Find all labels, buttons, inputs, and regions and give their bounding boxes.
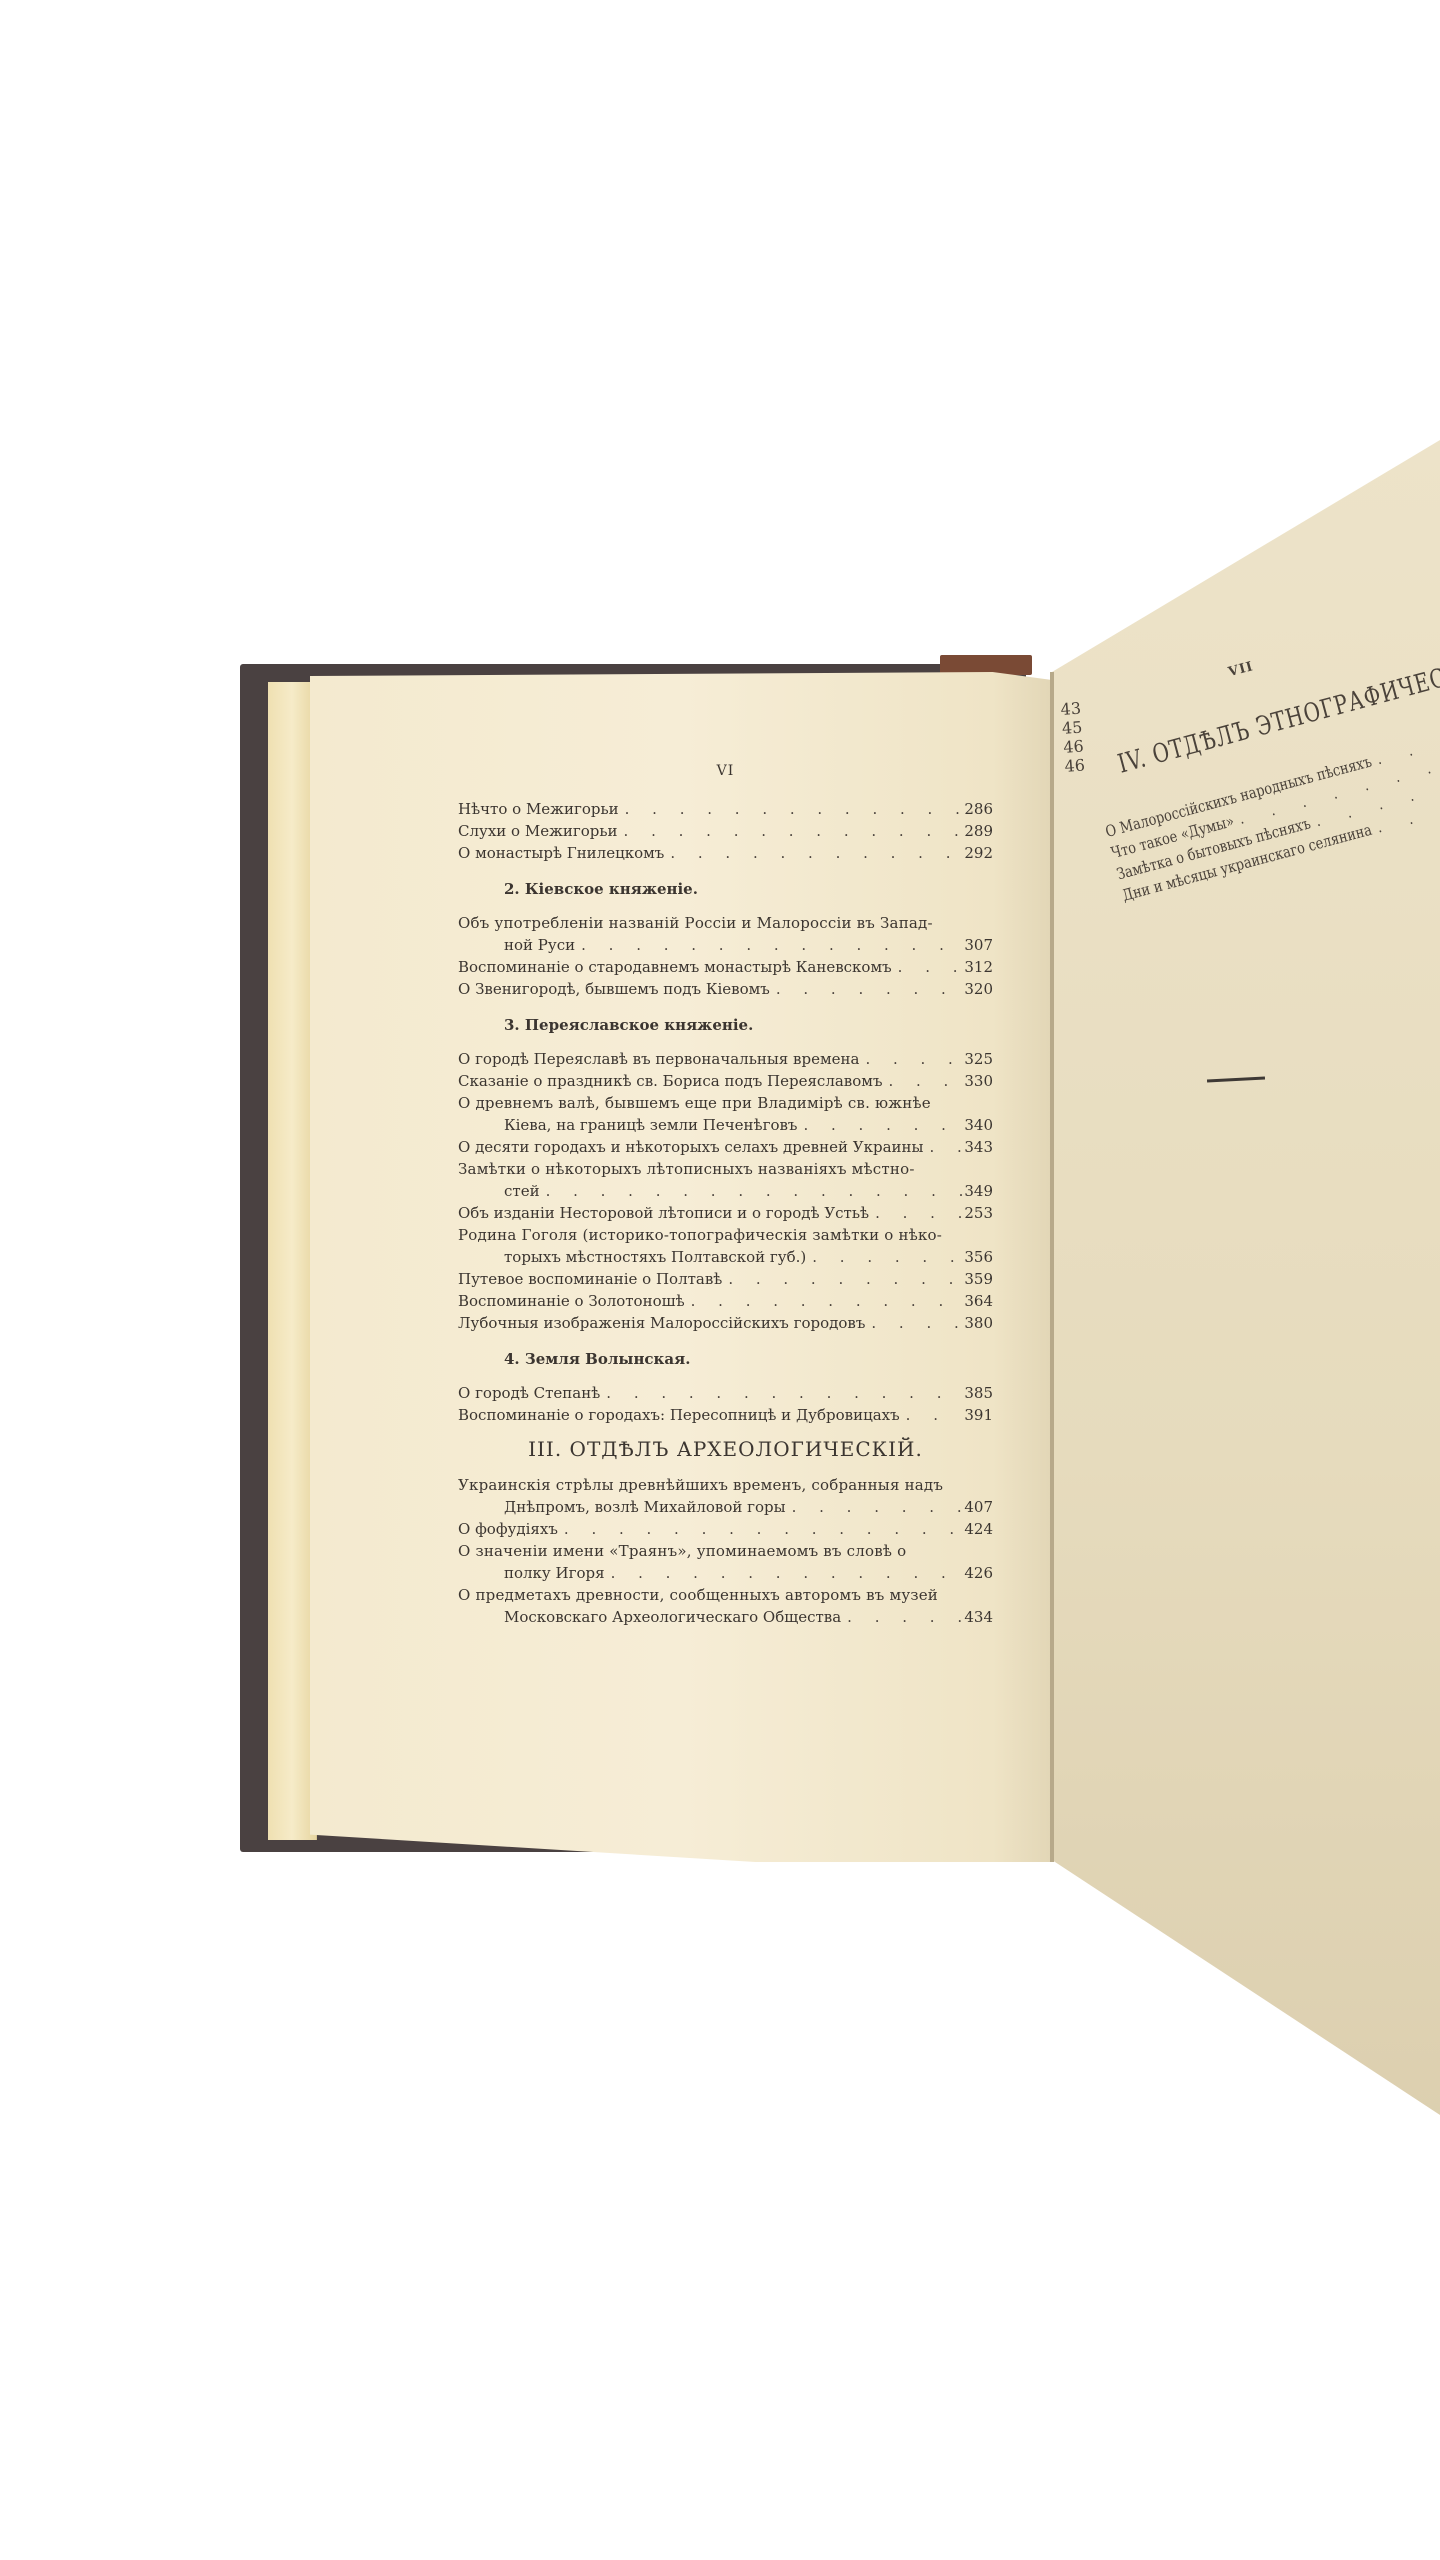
toc-entry: Объ изданіи Несторовой лѣтописи и о горо… — [458, 1202, 993, 1224]
toc-entry: стей349 — [458, 1180, 993, 1202]
toc-entry: Воспоминаніе о городахъ: Пересопницѣ и Д… — [458, 1404, 993, 1426]
toc-entry: Кіева, на границѣ земли Печенѣговъ340 — [458, 1114, 993, 1136]
toc-entry: О Звенигородѣ, бывшемъ подъ Кіевомъ320 — [458, 978, 993, 1000]
toc-entry: Нѣчто о Межигорьи286 — [458, 798, 993, 820]
book-headband — [940, 655, 1032, 675]
toc-entry: Воспоминаніе о стародавнемъ монастырѣ Ка… — [458, 956, 993, 978]
toc-entry-line1: О древнемъ валѣ, бывшемъ еще при Владимі… — [458, 1092, 993, 1114]
toc-entry: Московскаго Археологическаго Общества434 — [458, 1606, 993, 1628]
toc-entry-line1: Родина Гоголя (историко-топографическія … — [458, 1224, 993, 1246]
toc-entry: О городѣ Переяславѣ въ первоначальныя вр… — [458, 1048, 993, 1070]
toc-entry: О десяти городахъ и нѣкоторыхъ селахъ др… — [458, 1136, 993, 1158]
toc-entry: Днѣпромъ, возлѣ Михайловой горы407 — [458, 1496, 993, 1518]
toc-entry: Лубочныя изображенія Малороссійскихъ гор… — [458, 1312, 993, 1334]
toc-entry-line1: Объ употребленіи названій Россіи и Малор… — [458, 912, 993, 934]
toc-entry: О монастырѣ Гнилецкомъ292 — [458, 842, 993, 864]
toc-entry: Сказаніе о праздникѣ св. Бориса подъ Пер… — [458, 1070, 993, 1092]
toc-entry: Воспоминаніе о Золотоношѣ364 — [458, 1290, 993, 1312]
section-heading: III. ОТДѢЛЪ АРХЕОЛОГИЧЕСКІЙ. — [458, 1438, 993, 1460]
page-folio-left: VI — [458, 760, 993, 782]
toc-entry: Путевое воспоминаніе о Полтавѣ359 — [458, 1268, 993, 1290]
toc-entry: торыхъ мѣстностяхъ Полтавской губ.)356 — [458, 1246, 993, 1268]
toc-entry: полку Игоря426 — [458, 1562, 993, 1584]
toc-entry-line1: О предметахъ древности, сообщенныхъ авто… — [458, 1584, 993, 1606]
book-gutter — [1050, 672, 1054, 1862]
subsection-heading: 3. Переяславское княженіе. — [458, 1014, 993, 1036]
book-photo-scene: VI Нѣчто о Межигорьи286 Слухи о Межигорь… — [0, 0, 1440, 2560]
toc-entry-line1: Замѣтки о нѣкоторыхъ лѣтописныхъ названі… — [458, 1158, 993, 1180]
toc-entry: О городѣ Степанѣ385 — [458, 1382, 993, 1404]
toc-entry-line1: О значеніи имени «Траянъ», упоминаемомъ … — [458, 1540, 993, 1562]
subsection-heading: 2. Кіевское княженіе. — [458, 878, 993, 900]
left-page-text: VI Нѣчто о Межигорьи286 Слухи о Межигорь… — [458, 760, 993, 1628]
subsection-heading: 4. Земля Волынская. — [458, 1348, 993, 1370]
page-block-edge — [268, 682, 317, 1840]
toc-entry: О фофудіяхъ424 — [458, 1518, 993, 1540]
toc-entry: Слухи о Межигорьи289 — [458, 820, 993, 842]
toc-entry-line1: Украинскія стрѣлы древнѣйшихъ временъ, с… — [458, 1474, 993, 1496]
toc-entry: ной Руси307 — [458, 934, 993, 956]
